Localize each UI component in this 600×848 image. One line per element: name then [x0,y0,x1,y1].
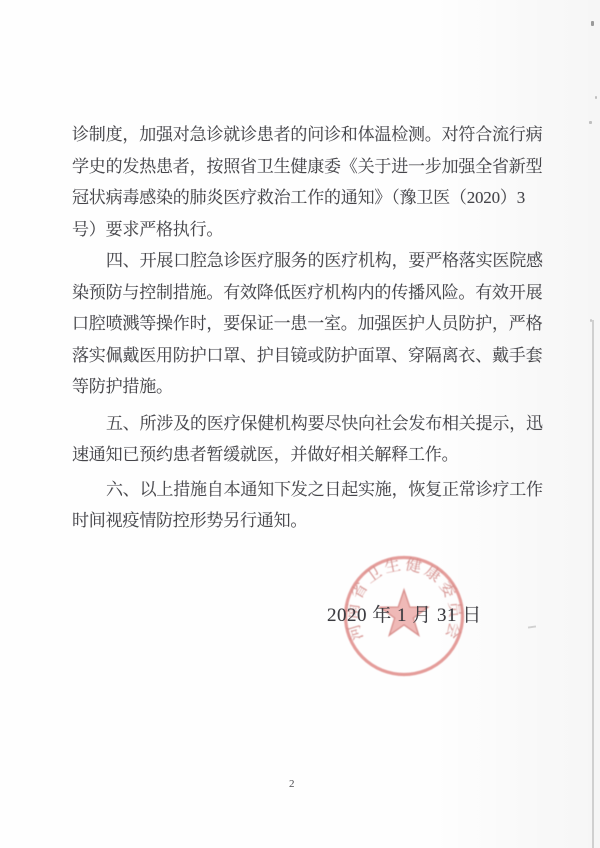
text-line: 速通知已预约患者暂缓就医，并做好相关解释工作。 [72,439,544,471]
text-line: 号）要求严格执行。 [72,214,544,246]
paragraph: 四、开展口腔急诊医疗服务的医疗机构，要严格落实医院感染预防与控制措施。有效降低医… [72,245,544,403]
paragraph: 诊制度，加强对急诊就诊患者的问诊和体温检测。对符合流行病学史的发热患者，按照省卫… [72,119,544,245]
paragraph: 六、以上措施自本通知下发之日起实施，恢复正常诊疗工作时间视疫情防控形势另行通知。 [72,474,544,537]
text-line: 诊制度，加强对急诊就诊患者的问诊和体温检测。对符合流行病 [72,119,544,151]
scan-edge-line [592,320,594,848]
text-line: 时间视疫情防控形势另行通知。 [72,505,544,537]
text-line: 口腔喷溅等操作时，要保证一患一室。加强医护人员防护，严格 [72,308,544,340]
text-line: 六、以上措施自本通知下发之日起实施，恢复正常诊疗工作 [72,474,544,506]
scan-speck [590,319,592,322]
text-line: 学史的发热患者，按照省卫生健康委《关于进一步加强全省新型 [72,151,544,183]
issue-date: 2020 年 1 月 31 日 [327,600,482,627]
text-line: 落实佩戴医用防护口罩、护目镜或防护面罩、穿隔离衣、戴手套 [72,340,544,372]
page-number: 2 [289,778,295,790]
scan-speck [589,121,592,124]
text-block: 诊制度，加强对急诊就诊患者的问诊和体温检测。对符合流行病学史的发热患者，按照省卫… [72,119,544,537]
document-page: 诊制度，加强对急诊就诊患者的问诊和体温检测。对符合流行病学史的发热患者，按照省卫… [0,0,600,848]
text-line: 等防护措施。 [72,371,544,403]
text-line: 冠状病毒感染的肺炎医疗救治工作的通知》（豫卫医（2020）3 [72,182,544,214]
scan-speck [528,625,536,628]
paragraph: 五、所涉及的医疗保健机构要尽快向社会发布相关提示，迅速通知已预约患者暂缓就医，并… [72,408,544,471]
text-line: 五、所涉及的医疗保健机构要尽快向社会发布相关提示，迅 [72,408,544,440]
text-line: 染预防与控制措施。有效降低医疗机构内的传播风险。有效开展 [72,277,544,309]
text-line: 四、开展口腔急诊医疗服务的医疗机构，要严格落实医院感 [72,245,544,277]
scan-speck [591,21,594,26]
scan-speck [595,96,597,99]
